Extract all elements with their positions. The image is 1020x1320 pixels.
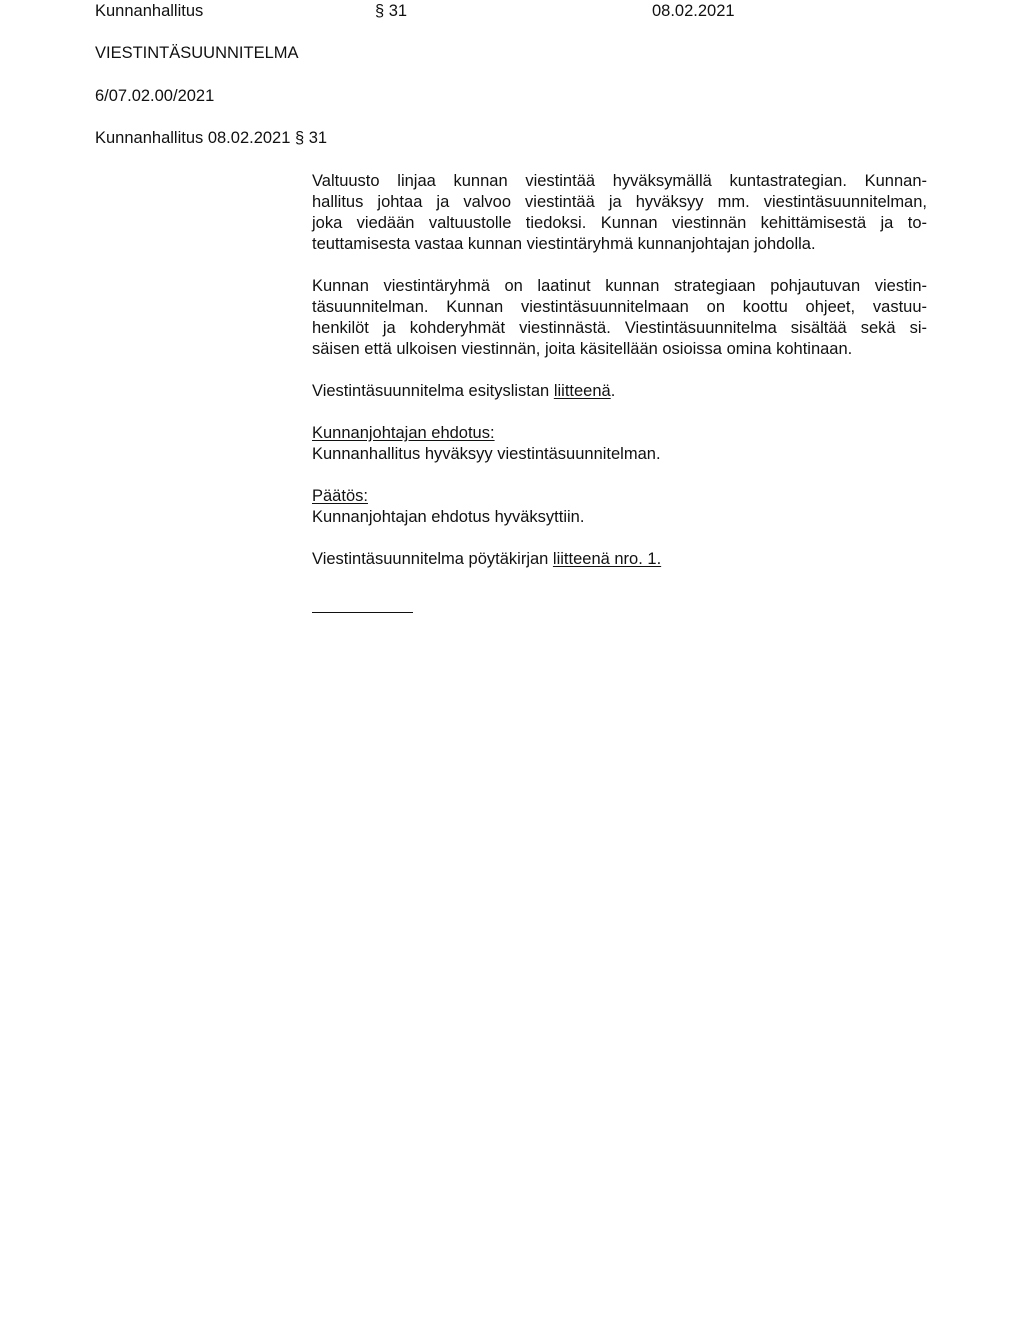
header-paragraph-number: § 31 [375, 1, 407, 22]
reference-number: 6/07.02.00/2021 [95, 86, 214, 107]
text-line: joka viedään valtuustolle tiedoksi. Kunn… [312, 213, 927, 234]
header-body-name: Kunnanhallitus [95, 1, 203, 22]
paragraph-plan-description: Kunnan viestintäryhmä on laatinut kunnan… [312, 276, 927, 360]
meeting-line: Kunnanhallitus 08.02.2021 § 31 [95, 128, 327, 149]
proposal-section: Kunnanjohtajan ehdotus: Kunnanhallitus h… [312, 423, 927, 465]
text-line: säisen että ulkoisen viestinnän, joita k… [312, 339, 927, 360]
text-line: henkilöt ja kohderyhmät viestinnästä. Vi… [312, 318, 927, 339]
text-line: teuttamisesta vastaa kunnan viestintäryh… [312, 234, 927, 255]
end-separator-line [312, 612, 413, 613]
text: Viestintäsuunnitelma esityslistan [312, 382, 554, 400]
paragraph-strategy: Valtuusto linjaa kunnan viestintää hyväk… [312, 171, 927, 255]
minutes-attachment-link[interactable]: liitteenä nro. 1. [553, 550, 661, 568]
text-line: hallitus johtaa ja valvoo viestintää ja … [312, 192, 927, 213]
document-body: Valtuusto linjaa kunnan viestintää hyväk… [312, 171, 927, 591]
text-line: Valtuusto linjaa kunnan viestintää hyväk… [312, 171, 927, 192]
paragraph-minutes-attachment: Viestintäsuunnitelma pöytäkirjan liittee… [312, 549, 927, 570]
decision-text: Kunnanjohtajan ehdotus hyväksyttiin. [312, 508, 584, 526]
proposal-text: Kunnanhallitus hyväksyy viestintäsuunnit… [312, 445, 661, 463]
text-line: Kunnan viestintäryhmä on laatinut kunnan… [312, 276, 927, 297]
agenda-attachment-link[interactable]: liitteenä [554, 382, 611, 400]
document-title: VIESTINTÄSUUNNITELMA [95, 43, 299, 64]
paragraph-agenda-attachment: Viestintäsuunnitelma esityslistan liitte… [312, 381, 927, 402]
decision-heading: Päätös: [312, 487, 368, 505]
proposal-heading: Kunnanjohtajan ehdotus: [312, 424, 495, 442]
text: Viestintäsuunnitelma pöytäkirjan [312, 550, 553, 568]
decision-section: Päätös: Kunnanjohtajan ehdotus hyväksytt… [312, 486, 927, 528]
text: . [611, 382, 616, 400]
header-date: 08.02.2021 [652, 1, 735, 22]
text-line: täsuunnitelman. Kunnan viestintäsuunnite… [312, 297, 927, 318]
